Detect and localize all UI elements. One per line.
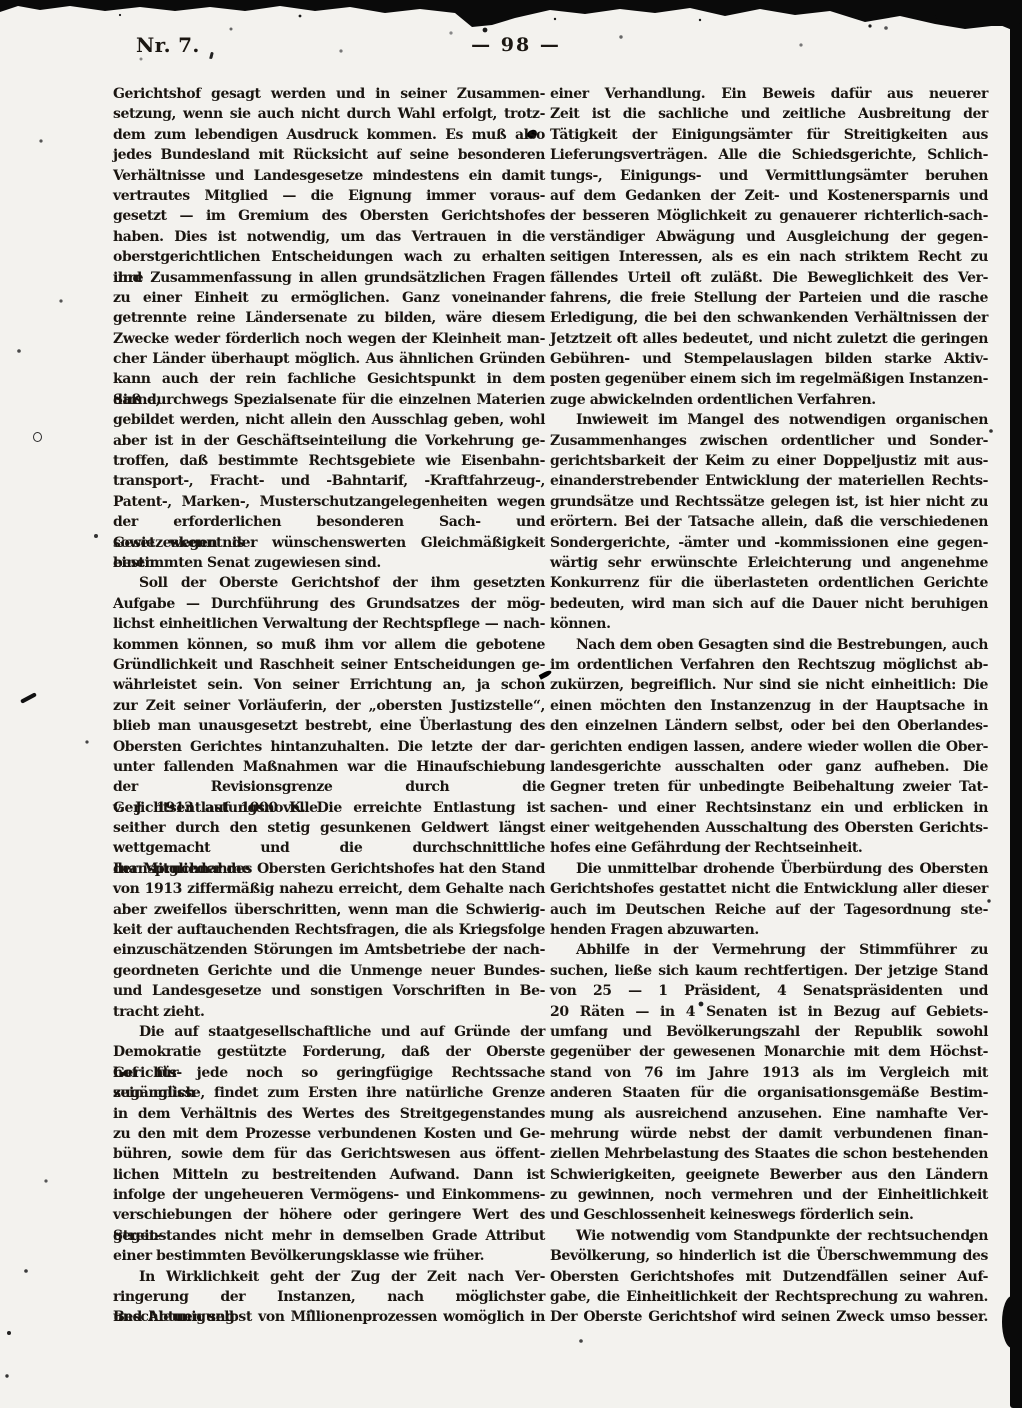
text-line: verschiebungen der höhere oder geringere… bbox=[113, 1205, 545, 1225]
text-line: bühren, sowie dem für das Gerichtswesen … bbox=[113, 1144, 545, 1164]
text-line: transport-, Fracht- und -Bahntarif, -Kra… bbox=[113, 471, 545, 491]
text-line: währleistet sein. Von seiner Errichtung … bbox=[113, 675, 545, 695]
text-line: anderen Staaten für die organisationsgem… bbox=[550, 1083, 988, 1103]
stray-comma-mark bbox=[209, 52, 214, 60]
scan-artifact-bottom-right bbox=[1002, 1296, 1022, 1348]
text-line: Zeit ist die sachliche und zeitliche Aus… bbox=[550, 104, 988, 124]
text-line: lichen Mitteln zu bestreitenden Aufwand.… bbox=[113, 1165, 545, 1185]
text-line: gabe, die Einheitlichkeit der Rechtsprec… bbox=[550, 1287, 988, 1307]
text-line: landesgerichte ausschalten oder ganz auf… bbox=[550, 757, 988, 777]
text-line: ringerung der Instanzen, nach möglichste… bbox=[113, 1287, 545, 1307]
text-line: tungs-, Einigungs- und Vermittlungsämter… bbox=[550, 166, 988, 186]
text-line: mung als ausreichend anzusehen. Eine nam… bbox=[550, 1104, 988, 1124]
text-line: Zusammenhanges zwischen ordentlicher und… bbox=[550, 431, 988, 451]
text-line: Obersten Gerichtes hintanzuhalten. Die l… bbox=[113, 737, 545, 757]
text-line: Nach dem oben Gesagten sind die Bestrebu… bbox=[550, 635, 988, 655]
text-line: infolge der ungeheueren Vermögens- und E… bbox=[113, 1185, 545, 1205]
scan-artifact-top-right-corner bbox=[935, 0, 1022, 26]
text-line: Schwierigkeiten, geeignete Bewerber aus … bbox=[550, 1165, 988, 1185]
text-line: gesetzt — im Gremium des Obersten Gerich… bbox=[113, 206, 545, 226]
text-line: und Geschlossenheit keineswegs förderlic… bbox=[550, 1205, 988, 1225]
text-line: tracht zieht. bbox=[113, 1002, 545, 1022]
scanned-journal-page: { "header": { "issue": "Nr. 7.", "page_d… bbox=[0, 0, 1022, 1408]
text-line: 20 Räten — in 4 Senaten ist in Bezug auf… bbox=[550, 1002, 988, 1022]
text-line: in dem Verhältnis des Wertes des Streitg… bbox=[113, 1104, 545, 1124]
text-line: zu den mit dem Prozesse verbundenen Kost… bbox=[113, 1124, 545, 1144]
text-line: Verhältnisse und Landesgesetze mindesten… bbox=[113, 166, 545, 186]
text-line: kommen können, so muß ihm vor allem die … bbox=[113, 635, 545, 655]
text-line: Demokratie gestützte Forderung, daß der … bbox=[113, 1042, 545, 1062]
text-line: Konkurrenz für die überlasteten ordentli… bbox=[550, 573, 988, 593]
text-line: einer bestimmten Bevölkerungsklasse wie … bbox=[113, 1246, 545, 1266]
text-line: daß durchwegs Spezialsenate für die einz… bbox=[113, 390, 545, 410]
text-line: einzuschätzenden Störungen im Amtsbetrie… bbox=[113, 940, 545, 960]
text-line: suchen, ließe sich kaum rechtfertigen. D… bbox=[550, 961, 988, 981]
text-line: und Landesgesetze und sonstigen Vorschri… bbox=[113, 981, 545, 1001]
text-line: grundsätze und Rechtssätze gelegen ist, … bbox=[550, 492, 988, 512]
text-line: sachen- und einer Rechtsinstanz ein und … bbox=[550, 798, 988, 818]
text-line: hofes eine Gefährdung der Rechtseinheit. bbox=[550, 838, 988, 858]
text-line: Sondergerichte, -ämter und -kommissionen… bbox=[550, 533, 988, 553]
margin-ring-mark bbox=[33, 432, 42, 442]
text-line: umfang und Bevölkerungszahl der Republik… bbox=[550, 1022, 988, 1042]
text-line: auch im Deutschen Reiche auf der Tagesor… bbox=[550, 900, 988, 920]
text-line: gegenüber der gewesenen Monarchie mit de… bbox=[550, 1042, 988, 1062]
text-line: gebildet werden, nicht allein den Aussch… bbox=[113, 410, 545, 430]
text-line: keit der auftauchenden Rechtsfragen, die… bbox=[113, 920, 545, 940]
text-line: und Abtuen selbst von Millionenprozessen… bbox=[113, 1307, 545, 1327]
text-line: kann auch der rein fachliche Gesichtspun… bbox=[113, 369, 545, 389]
text-line: oberstgerichtlichen Entscheidungen wach … bbox=[113, 247, 545, 267]
text-line: Der Oberste Gerichtshof wird seinen Zwec… bbox=[550, 1307, 988, 1327]
text-line: dem zum lebendigen Ausdruck kommen. Es m… bbox=[113, 125, 545, 145]
text-line: zukürzen, begreiflich. Nur sind sie nich… bbox=[550, 675, 988, 695]
text-line: von 25 — 1 Präsident, 4 Senatspräsidente… bbox=[550, 981, 988, 1001]
text-line: jedes Bundesland mit Rücksicht auf seine… bbox=[113, 145, 545, 165]
text-line: fahrens, die freie Stellung der Parteien… bbox=[550, 288, 988, 308]
text-column-right: einer Verhandlung. Ein Beweis dafür aus … bbox=[550, 84, 988, 1328]
text-line: v. J. 1913 auf 1000 K. Die erreichte Ent… bbox=[113, 798, 545, 818]
text-line: Tätigkeit der Einigungsämter für Streiti… bbox=[550, 125, 988, 145]
text-line: einer weitgehenden Ausschaltung des Ober… bbox=[550, 818, 988, 838]
text-line: Patent-, Marken-, Musterschutzangelegenh… bbox=[113, 492, 545, 512]
text-line: setzung, wenn sie auch nicht durch Wahl … bbox=[113, 104, 545, 124]
text-line: zu einer Einheit zu ermöglichen. Ganz vo… bbox=[113, 288, 545, 308]
text-line: blieb man unausgesetzt bestrebt, eine Üb… bbox=[113, 716, 545, 736]
text-line: haben. Dies ist notwendig, um das Vertra… bbox=[113, 227, 545, 247]
text-line: hof für jede noch so geringfügige Rechts… bbox=[113, 1063, 545, 1083]
text-line: Obersten Gerichtshofes mit Dutzendfällen… bbox=[550, 1267, 988, 1287]
page-number: — 98 — bbox=[446, 34, 586, 56]
text-line: Die unmittelbar drohende Überbürdung des… bbox=[550, 859, 988, 879]
text-line: In Wirklichkeit geht der Zug der Zeit na… bbox=[113, 1267, 545, 1287]
text-line: erörtern. Bei der Tatsache allein, daß d… bbox=[550, 512, 988, 532]
text-line: gerichtsbarkeit der Keim zu einer Doppel… bbox=[550, 451, 988, 471]
text-line: vertrautes Mitglied — die Eignung immer … bbox=[113, 186, 545, 206]
scan-artifact-right-edge bbox=[1010, 0, 1022, 1408]
text-line: Gerichtshofes gestattet nicht die Entwic… bbox=[550, 879, 988, 899]
issue-number-label: Nr. 7. bbox=[136, 33, 200, 57]
text-line: ziellen Mehrbelastung des Staates die sc… bbox=[550, 1144, 988, 1164]
text-line: Soll der Oberste Gerichtshof der ihm ges… bbox=[113, 573, 545, 593]
text-line: der erforderlichen besonderen Sach- und … bbox=[113, 512, 545, 532]
text-line: cher Länder überhaupt möglich. Aus ähnli… bbox=[113, 349, 545, 369]
text-line: Gründlichkeit und Raschheit seiner Entsc… bbox=[113, 655, 545, 675]
text-line: der Revisionsgrenze durch die Gerichtsen… bbox=[113, 777, 545, 797]
text-line: ihre Zusammenfassung in allen grundsätzl… bbox=[113, 268, 545, 288]
text-line: bestimmten Senat zugewiesen sind. bbox=[113, 553, 545, 573]
text-line: zuge abwickelnden ordentlichen Verfahren… bbox=[550, 390, 988, 410]
text-line: gegenstandes nicht mehr in demselben Gra… bbox=[113, 1226, 545, 1246]
text-line: wettgemacht und die durchschnittliche In… bbox=[113, 838, 545, 858]
text-line: unter fallenden Maßnahmen war die Hinauf… bbox=[113, 757, 545, 777]
text-line: zu gewinnen, noch vermehren und der Einh… bbox=[550, 1185, 988, 1205]
text-line: einanderstrebender Entwicklung der mater… bbox=[550, 471, 988, 491]
text-line: Erledigung, die bei den schwankenden Ver… bbox=[550, 308, 988, 328]
text-line: stand von 76 im Jahre 1913 als im Vergle… bbox=[550, 1063, 988, 1083]
text-line: sowie wegen der wünschenswerten Gleichmä… bbox=[113, 533, 545, 553]
margin-pen-mark bbox=[20, 692, 37, 704]
text-line: wärtig sehr erwünschte Erleichterung und… bbox=[550, 553, 988, 573]
text-line: einen möchten den Instanzenzug in der Ha… bbox=[550, 696, 988, 716]
text-line: getrennte reine Ländersenate zu bilden, … bbox=[113, 308, 545, 328]
text-line: den einzelnen Ländern selbst, oder bei d… bbox=[550, 716, 988, 736]
text-line: aber ist in der Geschäftseinteilung die … bbox=[113, 431, 545, 451]
text-line: Abhilfe in der Vermehrung der Stimmführe… bbox=[550, 940, 988, 960]
text-line: Gerichtshof gesagt werden und in seiner … bbox=[113, 84, 545, 104]
text-line: Gegner treten für unbedingte Beibehaltun… bbox=[550, 777, 988, 797]
text-line: der besseren Möglichkeit zu genauerer ri… bbox=[550, 206, 988, 226]
text-line: geordneten Gerichte und die Unmenge neue… bbox=[113, 961, 545, 981]
text-line: der Mitglieder des Obersten Gerichtshofe… bbox=[113, 859, 545, 879]
text-column-left: Gerichtshof gesagt werden und in seiner … bbox=[113, 84, 545, 1328]
text-line: Gebühren- und Stempelauslagen bilden sta… bbox=[550, 349, 988, 369]
text-line: aber zweifellos überschritten, wenn man … bbox=[113, 900, 545, 920]
text-line: Die auf staatgesellschaftliche und auf G… bbox=[113, 1022, 545, 1042]
text-line: fällendes Urteil oft zuläßt. Die Bewegli… bbox=[550, 268, 988, 288]
text-line: bedeuten, wird man sich auf die Dauer ni… bbox=[550, 594, 988, 614]
text-line: zur Zeit seiner Vorläuferin, der „oberst… bbox=[113, 696, 545, 716]
text-line: mehrung würde nebst der damit verbundene… bbox=[550, 1124, 988, 1144]
text-line: seitigen Interessen, als es ein nach str… bbox=[550, 247, 988, 267]
text-line: verständiger Abwägung und Ausgleichung d… bbox=[550, 227, 988, 247]
text-line: posten gegenüber einem sich im regelmäßi… bbox=[550, 369, 988, 389]
text-line: lichst einheitlichen Verwaltung der Rech… bbox=[113, 614, 545, 634]
text-line: Zwecke weder förderlich noch wegen der K… bbox=[113, 329, 545, 349]
text-line: können. bbox=[550, 614, 988, 634]
text-line: von 1913 ziffermäßig nahezu erreicht, de… bbox=[113, 879, 545, 899]
text-line: Wie notwendig vom Standpunkte der rechts… bbox=[550, 1226, 988, 1246]
text-line: Jetztzeit oft alles bedeutet, und nicht … bbox=[550, 329, 988, 349]
text-line: seither durch den stetig gesunkenen Geld… bbox=[113, 818, 545, 838]
text-line: im ordentlichen Verfahren den Rechtszug … bbox=[550, 655, 988, 675]
text-line: Aufgabe — Durchführung des Grundsatzes d… bbox=[113, 594, 545, 614]
text-line: einer Verhandlung. Ein Beweis dafür aus … bbox=[550, 84, 988, 104]
text-line: Inwieweit im Mangel des notwendigen orga… bbox=[550, 410, 988, 430]
text-line: Lieferungsverträgen. Alle die Schiedsger… bbox=[550, 145, 988, 165]
text-line: henden Fragen abzuwarten. bbox=[550, 920, 988, 940]
text-line: auf dem Gedanken der Zeit- und Kosteners… bbox=[550, 186, 988, 206]
text-line: gerichten endigen lassen, andere wieder … bbox=[550, 737, 988, 757]
text-line: troffen, daß bestimmte Rechtsgebiete wie… bbox=[113, 451, 545, 471]
text-line: Bevölkerung, so hinderlich ist die Übers… bbox=[550, 1246, 988, 1266]
text-line: sein müsse, findet zum Ersten ihre natür… bbox=[113, 1083, 545, 1103]
